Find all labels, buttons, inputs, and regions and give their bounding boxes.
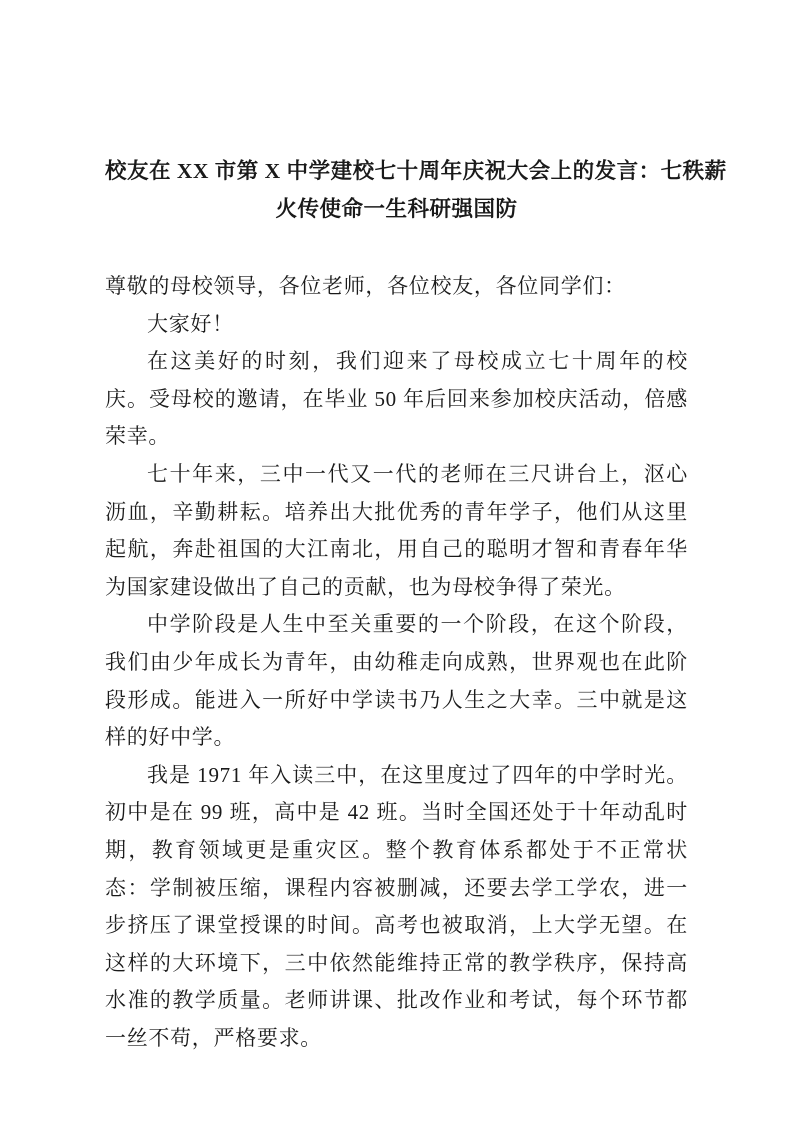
paragraph: 中学阶段是人生中至关重要的一个阶段，在这个阶段，我们由少年成长为青年，由幼稚走向… xyxy=(105,606,688,756)
document-title-line-2: 火传使命一生科研强国防 xyxy=(105,190,688,228)
document-title: 校友在 XX 市第 X 中学建校七十周年庆祝大会上的发言：七秩薪 火传使命一生科… xyxy=(105,152,688,228)
document-page: 校友在 XX 市第 X 中学建校七十周年庆祝大会上的发言：七秩薪 火传使命一生科… xyxy=(0,0,793,1122)
document-title-line-1: 校友在 XX 市第 X 中学建校七十周年庆祝大会上的发言：七秩薪 xyxy=(105,152,688,190)
paragraph: 大家好！ xyxy=(105,306,688,344)
paragraph: 尊敬的母校领导，各位老师，各位校友，各位同学们： xyxy=(105,268,688,306)
paragraph: 我是 1971 年入读三中，在这里度过了四年的中学时光。初中是在 99 班，高中… xyxy=(105,757,688,1058)
document-content: 校友在 XX 市第 X 中学建校七十周年庆祝大会上的发言：七秩薪 火传使命一生科… xyxy=(105,152,688,1057)
document-body: 尊敬的母校领导，各位老师，各位校友，各位同学们：大家好！在这美好的时刻，我们迎来… xyxy=(105,268,688,1057)
paragraph: 七十年来，三中一代又一代的老师在三尺讲台上，沤心沥血，辛勤耕耘。培养出大批优秀的… xyxy=(105,456,688,606)
paragraph: 在这美好的时刻，我们迎来了母校成立七十周年的校庆。受母校的邀请，在毕业 50 年… xyxy=(105,343,688,456)
